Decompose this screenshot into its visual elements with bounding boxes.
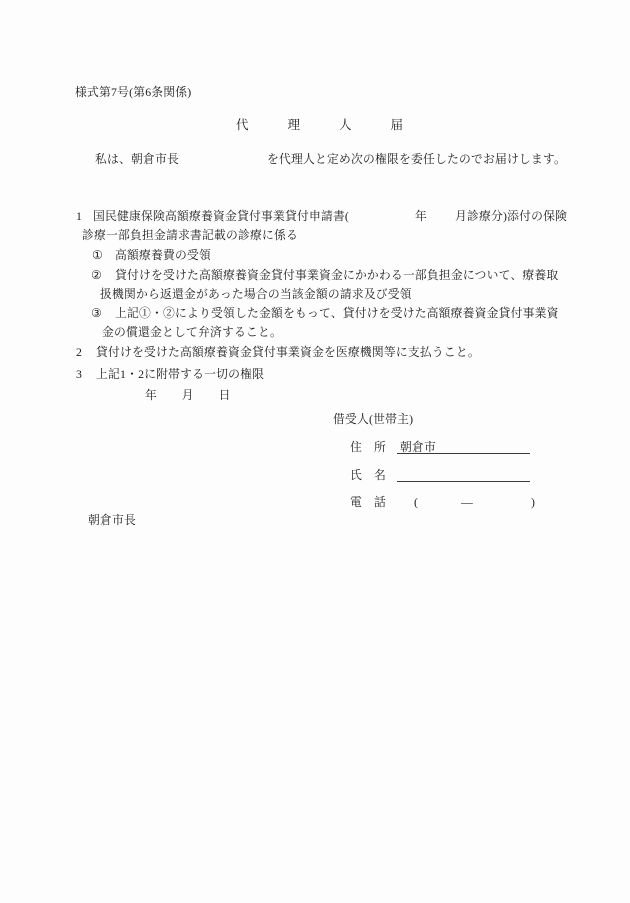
item3-text: 上記1・2に附帯する一切の権限	[96, 367, 264, 382]
item1-line1-text: 国民健康保険高額療養資金貸付事業貸付申請書(	[93, 209, 349, 224]
sub1-marker: ①	[92, 248, 103, 263]
name-fill-line	[397, 481, 530, 482]
sub3-line2: 金の償還金として弁済すること。	[102, 325, 282, 340]
phone-paren-close: )	[531, 495, 535, 510]
item1-year-label: 年	[415, 209, 427, 224]
phone-dash: —	[461, 495, 473, 510]
item1-line1-cont: 月診療分)添付の保険	[455, 209, 567, 224]
item2-number: 2	[76, 345, 82, 360]
intro-suffix: を代理人と定め次の権限を委任したのでお届けします。	[267, 152, 566, 167]
sub3-marker: ③	[91, 306, 102, 321]
sub2-line2: 扱機関から返還金があった場合の当該金額の請求及び受領	[100, 287, 412, 302]
address-fill-line	[397, 453, 530, 454]
item1-number: 1	[76, 209, 82, 224]
name-label: 氏 名	[350, 468, 386, 483]
sub2-marker: ②	[91, 268, 102, 283]
intro-prefix: 私は、朝倉市長	[95, 152, 179, 167]
phone-paren-open: (	[414, 495, 418, 510]
borrower-label: 借受人(世帯主)	[333, 412, 413, 427]
item1-line2: 診療一部負担金請求書記載の診療に係る	[82, 228, 298, 243]
sub2-line1: 貸付けを受けた高額療養資金貸付事業資金にかかわる一部負担金について、療養取	[115, 268, 558, 283]
sub1-text: 高額療養費の受領	[115, 248, 211, 263]
item3-number: 3	[76, 367, 82, 382]
document-title: 代理人届	[236, 118, 442, 133]
sub3-line1: 上記①・②により受領した金額をもって、貸付けを受けた高額療養資金貸付事業資	[115, 306, 559, 321]
document-page: 様式第7号(第6条関係) 代理人届 私は、朝倉市長 を代理人と定め次の権限を委任…	[0, 0, 630, 903]
form-number: 様式第7号(第6条関係)	[75, 85, 191, 100]
item2-text: 貸付けを受けた高額療養資金貸付事業資金を医療機関等に支払うこと。	[96, 345, 480, 360]
address-label: 住 所	[350, 440, 386, 455]
phone-label: 電 話	[350, 495, 386, 510]
footer-addressee: 朝倉市長	[88, 513, 136, 528]
date-line: 年月日	[145, 388, 255, 403]
